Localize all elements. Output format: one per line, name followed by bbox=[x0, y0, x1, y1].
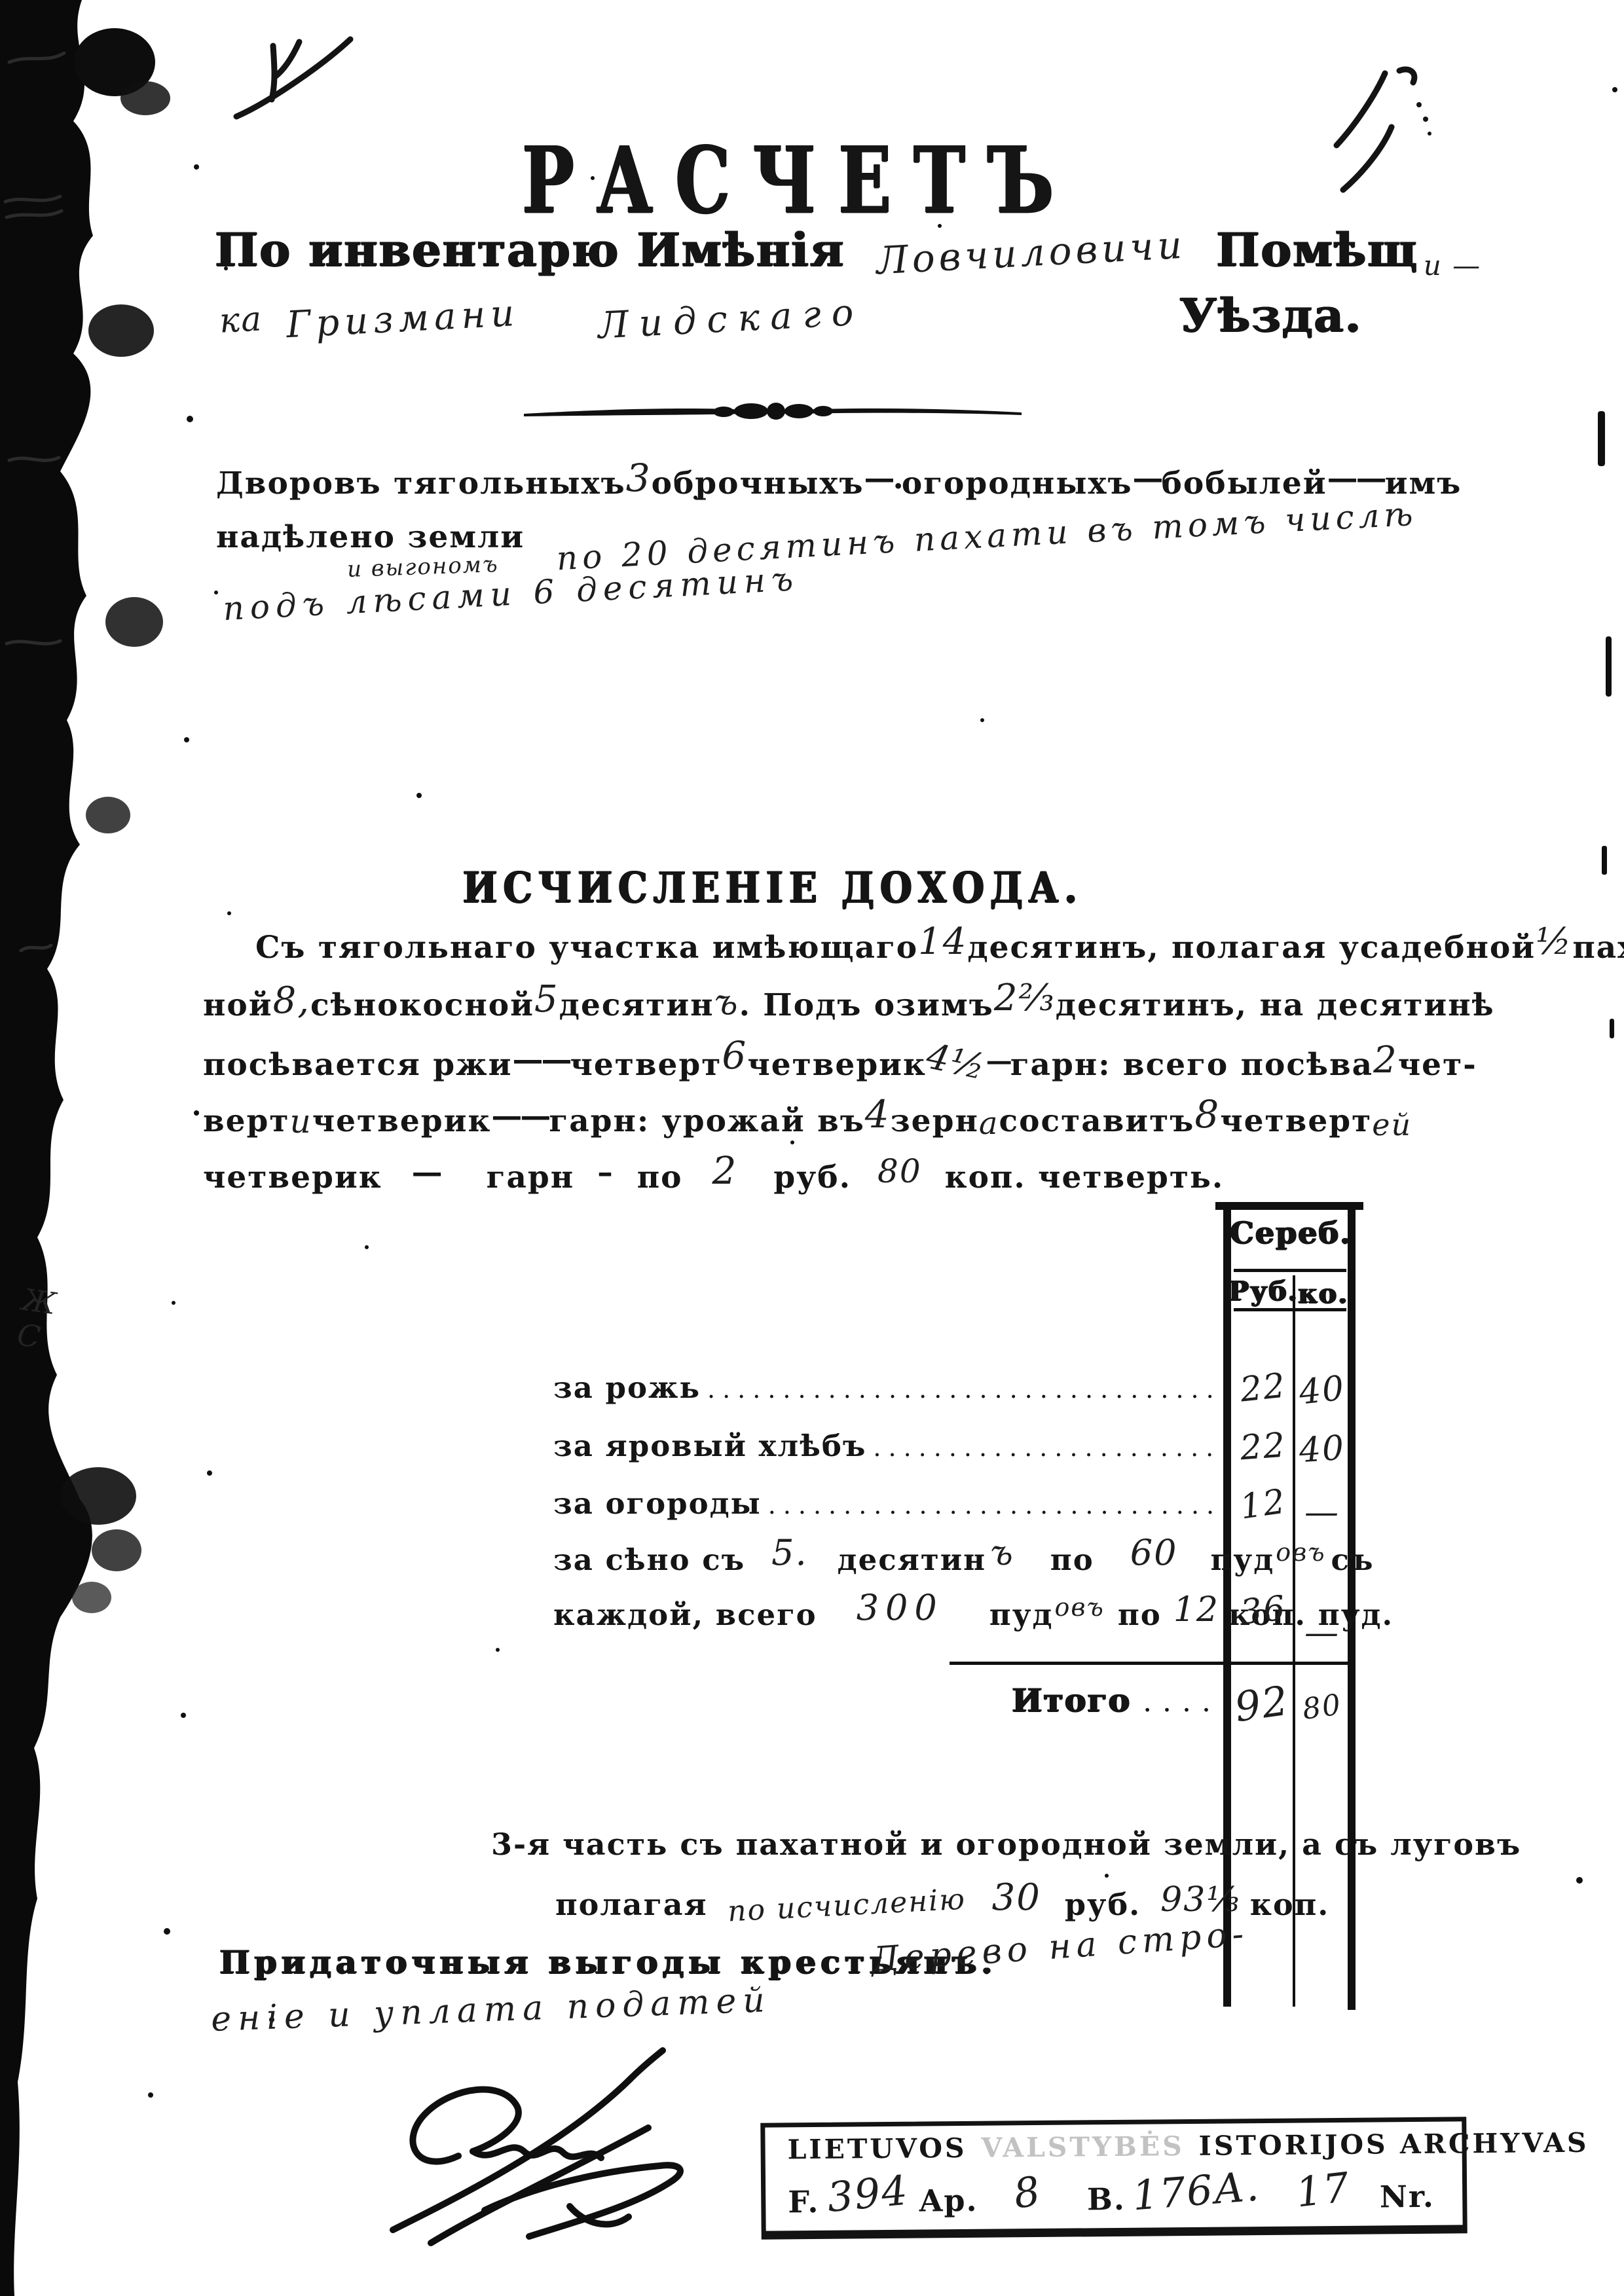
table-rule-under-currency bbox=[1234, 1269, 1346, 1272]
para-print: десятинъ, на десятинѣ bbox=[1056, 987, 1495, 1023]
hay-print: за сѣно съ bbox=[553, 1542, 745, 1577]
row-dot-leader: ........................................… bbox=[707, 1375, 1213, 1404]
blank-dash: —— bbox=[491, 1098, 549, 1134]
para-hw: и bbox=[290, 1102, 312, 1140]
para-print: гарн: всего посѣва bbox=[1010, 1047, 1373, 1083]
blank-dash: —— bbox=[512, 1042, 570, 1078]
total-label: Итого bbox=[1012, 1681, 1131, 1719]
hay-hw: 300 bbox=[857, 1587, 944, 1628]
para-print: посѣвается ржи bbox=[203, 1047, 512, 1083]
para-hw: 2 bbox=[712, 1148, 737, 1193]
blank-dash: — bbox=[412, 1154, 441, 1190]
archive-stamp: LIETUVOS VALSTYBĖS ISTORIJOS ARCHYVAS F.… bbox=[760, 2117, 1467, 2239]
para-hw: 14 bbox=[918, 920, 967, 963]
stamp-nr-value-handwritten: 17 bbox=[1293, 2163, 1353, 2217]
para-print: четверик bbox=[312, 1103, 492, 1139]
table-sum-rule bbox=[950, 1662, 1348, 1665]
para-hw: 8 bbox=[1194, 1092, 1220, 1137]
para-print: по bbox=[637, 1159, 683, 1195]
hay-hw: овъ bbox=[1276, 1538, 1325, 1567]
row-rub-value: 36 bbox=[1232, 1588, 1295, 1633]
para-hw: 80 bbox=[877, 1152, 922, 1190]
table-col-rub: Руб. bbox=[1228, 1275, 1291, 1307]
para-print: четверик bbox=[747, 1047, 927, 1083]
households-print-2: оброчныхъ bbox=[652, 465, 864, 501]
owner-name-handwritten: Гризмани bbox=[286, 292, 521, 347]
stamp-fond-label: F. bbox=[788, 2184, 820, 2219]
para-print: руб. bbox=[773, 1159, 851, 1195]
para-hw: 6 bbox=[722, 1033, 747, 1078]
para-hw: 4½ bbox=[923, 1035, 989, 1087]
para-print: пахат- bbox=[1572, 930, 1624, 966]
stamp-b-label: B. bbox=[1087, 2181, 1126, 2217]
hay-hw: 5. bbox=[771, 1532, 808, 1573]
table-currency-header: Сереб. bbox=[1226, 1215, 1356, 1250]
income-paragraph-line-1: Съ тягольнаго участка имѣющаго 14 десяти… bbox=[255, 924, 1303, 967]
estate-name-handwritten: Ловчиловичи bbox=[876, 223, 1187, 283]
header-handwritten-tail: и — bbox=[1424, 249, 1481, 282]
para-hw: 8, bbox=[273, 979, 310, 1022]
stamp-fond-value-handwritten: 394 bbox=[825, 2166, 911, 2221]
hay-print: десятин bbox=[838, 1542, 986, 1577]
para-print: десятинъ, полагая усадебной bbox=[967, 930, 1536, 966]
blank-dash-3: —— bbox=[1327, 460, 1385, 496]
allotment-print: надѣлено земли bbox=[216, 519, 525, 555]
para-print: верт bbox=[203, 1103, 290, 1139]
table-row-spring-grain: за яровый хлѣбъ ........................… bbox=[553, 1429, 1213, 1463]
households-print-4: бобылей bbox=[1162, 465, 1327, 501]
row-rub-value: 22 bbox=[1232, 1365, 1295, 1410]
para-print: гарн: урожай въ bbox=[549, 1103, 864, 1139]
header-print-2: Помѣщ bbox=[1216, 223, 1418, 277]
row-label: за яровый хлѣбъ bbox=[553, 1429, 866, 1463]
para-hw: 4 bbox=[865, 1092, 891, 1137]
hay-print: пуд bbox=[989, 1597, 1054, 1632]
header-line-1: По инвентарю Имѣнія Ловчиловичи Помѣщ и … bbox=[215, 223, 1481, 277]
row-label: за рожь bbox=[553, 1370, 701, 1405]
signature-flourish bbox=[354, 2041, 701, 2257]
hay-print: по bbox=[1118, 1597, 1162, 1632]
para-print: гарн bbox=[487, 1159, 575, 1195]
blank-dash-2: — bbox=[1133, 460, 1162, 496]
row-kop-value: — bbox=[1298, 1613, 1346, 1652]
hay-hw: овъ bbox=[1055, 1593, 1105, 1622]
hay-hw: 60 bbox=[1130, 1532, 1178, 1573]
para-print: четверт bbox=[570, 1047, 722, 1083]
table-col-kop: ко. bbox=[1298, 1278, 1348, 1309]
para-print: . Подъ озимъ bbox=[739, 987, 994, 1023]
para-print: сѣнокосной bbox=[310, 987, 534, 1023]
row-rub-value: 12 bbox=[1231, 1481, 1295, 1528]
hay-print: по bbox=[1050, 1542, 1094, 1577]
ornament-divider bbox=[521, 398, 1025, 424]
stamp-title-row: LIETUVOS VALSTYBĖS ISTORIJOS ARCHYVAS bbox=[787, 2128, 1462, 2165]
para-print: чет- bbox=[1398, 1047, 1477, 1083]
third-part-line-1: 3-я часть съ пахатной и огородной земли,… bbox=[491, 1827, 1223, 1862]
hay-print: пуд bbox=[1210, 1542, 1274, 1577]
para-print: зерн bbox=[891, 1103, 979, 1139]
header-line-2: ка Гризмани Лидскаго Уѣзда. bbox=[219, 288, 1362, 342]
households-count-handwritten: 3 bbox=[626, 456, 652, 500]
stamp-b-value-handwritten: 176А. bbox=[1130, 2162, 1261, 2219]
table-total-row: Итого ..... bbox=[1012, 1681, 1216, 1719]
income-heading-row: ИСЧИСЛЕНІЕ ДОХОДА. bbox=[0, 863, 1545, 906]
hay-hw: ъ bbox=[990, 1534, 1014, 1573]
households-print-3: огородныхъ bbox=[902, 465, 1133, 501]
stamp-reference-row: F. 394 Ap. 8 B. 176А. 17 Nr. bbox=[788, 2168, 1463, 2222]
district-print: Уѣзда. bbox=[1179, 288, 1362, 342]
para-hw: ½ bbox=[1536, 920, 1572, 963]
para-print: четверик bbox=[203, 1159, 382, 1195]
table-row-gardens: за огороды .............................… bbox=[553, 1486, 1213, 1521]
stamp-ap-label: Ap. bbox=[919, 2183, 978, 2219]
table-row-hay-line-1: за сѣно съ 5. десятин ъ по 60 пуд овъ съ bbox=[553, 1537, 1374, 1578]
handwritten-check-mark bbox=[226, 33, 363, 128]
total-rub-value: 92 bbox=[1228, 1676, 1295, 1732]
para-hw: 5 bbox=[534, 978, 559, 1021]
blank-dash: — bbox=[986, 1046, 1010, 1076]
para-print: Съ тягольнаго участка имѣющаго bbox=[255, 930, 918, 966]
income-heading: ИСЧИСЛЕНІЕ ДОХОДА. bbox=[462, 863, 1082, 913]
stamp-word-3: ISTORIJOS ARCHYVAS bbox=[1198, 2127, 1589, 2162]
blank-dash-1: —. bbox=[864, 460, 902, 496]
row-kop-value: 40 bbox=[1296, 1368, 1348, 1412]
income-paragraph-line-2: ной 8, сѣнокосной 5 десятин ъ . Подъ ози… bbox=[203, 982, 1303, 1025]
row-dot-leader: ........................................… bbox=[768, 1491, 1213, 1520]
households-line: Дворовъ тягольныхъ 3 оброчныхъ —. огород… bbox=[216, 458, 1300, 503]
third-part-print: полагая bbox=[555, 1887, 708, 1922]
document-title: РАСЧЕТЪ bbox=[522, 126, 1076, 234]
stamp-nr-label: Nr. bbox=[1380, 2179, 1435, 2215]
row-kop-value: 40 bbox=[1297, 1428, 1348, 1470]
stamp-word-2: VALSTYBĖS bbox=[981, 2130, 1185, 2164]
table-border-top bbox=[1215, 1202, 1363, 1210]
para-hw: ей bbox=[1372, 1107, 1412, 1142]
third-part-print: коп. bbox=[1250, 1887, 1330, 1922]
para-print: ной bbox=[203, 987, 273, 1023]
para-print: составитъ bbox=[999, 1103, 1194, 1139]
para-hw: а bbox=[979, 1105, 999, 1142]
third-part-print: руб. bbox=[1065, 1887, 1141, 1922]
para-print: десятин bbox=[559, 987, 714, 1023]
hay-hw: 12 bbox=[1173, 1590, 1219, 1630]
total-dot-leader: ..... bbox=[1143, 1685, 1216, 1719]
allotment-line: надѣлено земли по 20 десятинъ пахати въ … bbox=[216, 517, 1418, 555]
blank-dash: – bbox=[597, 1154, 611, 1190]
income-paragraph-line-4: верт и четверик —— гарн: урожай въ 4 зер… bbox=[203, 1096, 1303, 1140]
para-hw: 2⅔ bbox=[994, 977, 1056, 1019]
third-part-hw: по исчисленію bbox=[726, 1883, 966, 1929]
stamp-word-1: LIETUVOS bbox=[787, 2132, 967, 2165]
row-kop-value: — bbox=[1298, 1493, 1346, 1532]
row-dot-leader: ...................................... bbox=[873, 1433, 1213, 1462]
owner-prefix-handwritten: ка bbox=[218, 299, 263, 340]
district-name-handwritten: Лидскаго bbox=[597, 291, 865, 347]
third-part-print: 3-я часть съ пахатной и огородной земли,… bbox=[491, 1827, 1521, 1862]
para-print: четверт bbox=[1220, 1103, 1372, 1139]
header-print-1: По инвентарю Имѣнія bbox=[215, 223, 845, 277]
left-scan-band bbox=[0, 0, 93, 2296]
income-paragraph-line-5: четверик — гарн – по 2 руб. 80 коп. четв… bbox=[203, 1152, 1224, 1197]
row-rub-value: 22 bbox=[1232, 1425, 1294, 1468]
table-row-rye: за рожь ................................… bbox=[553, 1370, 1213, 1405]
para-hw: 2 bbox=[1373, 1039, 1398, 1082]
document-title-row: РАСЧЕТЪ bbox=[0, 126, 1598, 208]
margin-letters-mark: Ж С bbox=[15, 1282, 70, 1358]
stamp-ap-value-handwritten: 8 bbox=[1010, 2166, 1044, 2217]
total-kop-value: 80 bbox=[1296, 1687, 1348, 1727]
hay-print: каждой, всего bbox=[553, 1597, 817, 1632]
row-label: за огороды bbox=[553, 1486, 762, 1521]
income-paragraph-line-3: посѣвается ржи —— четверт 6 четверик 4½ … bbox=[203, 1040, 1303, 1084]
hay-print: съ bbox=[1331, 1542, 1375, 1577]
households-print-1: Дворовъ тягольныхъ bbox=[216, 465, 626, 501]
para-print: коп. четверть. bbox=[945, 1159, 1225, 1195]
third-part-amount-kop: 93⅓ bbox=[1160, 1880, 1241, 1920]
third-part-amount-rub: 30 bbox=[992, 1876, 1041, 1919]
para-hw: ъ bbox=[714, 981, 739, 1023]
